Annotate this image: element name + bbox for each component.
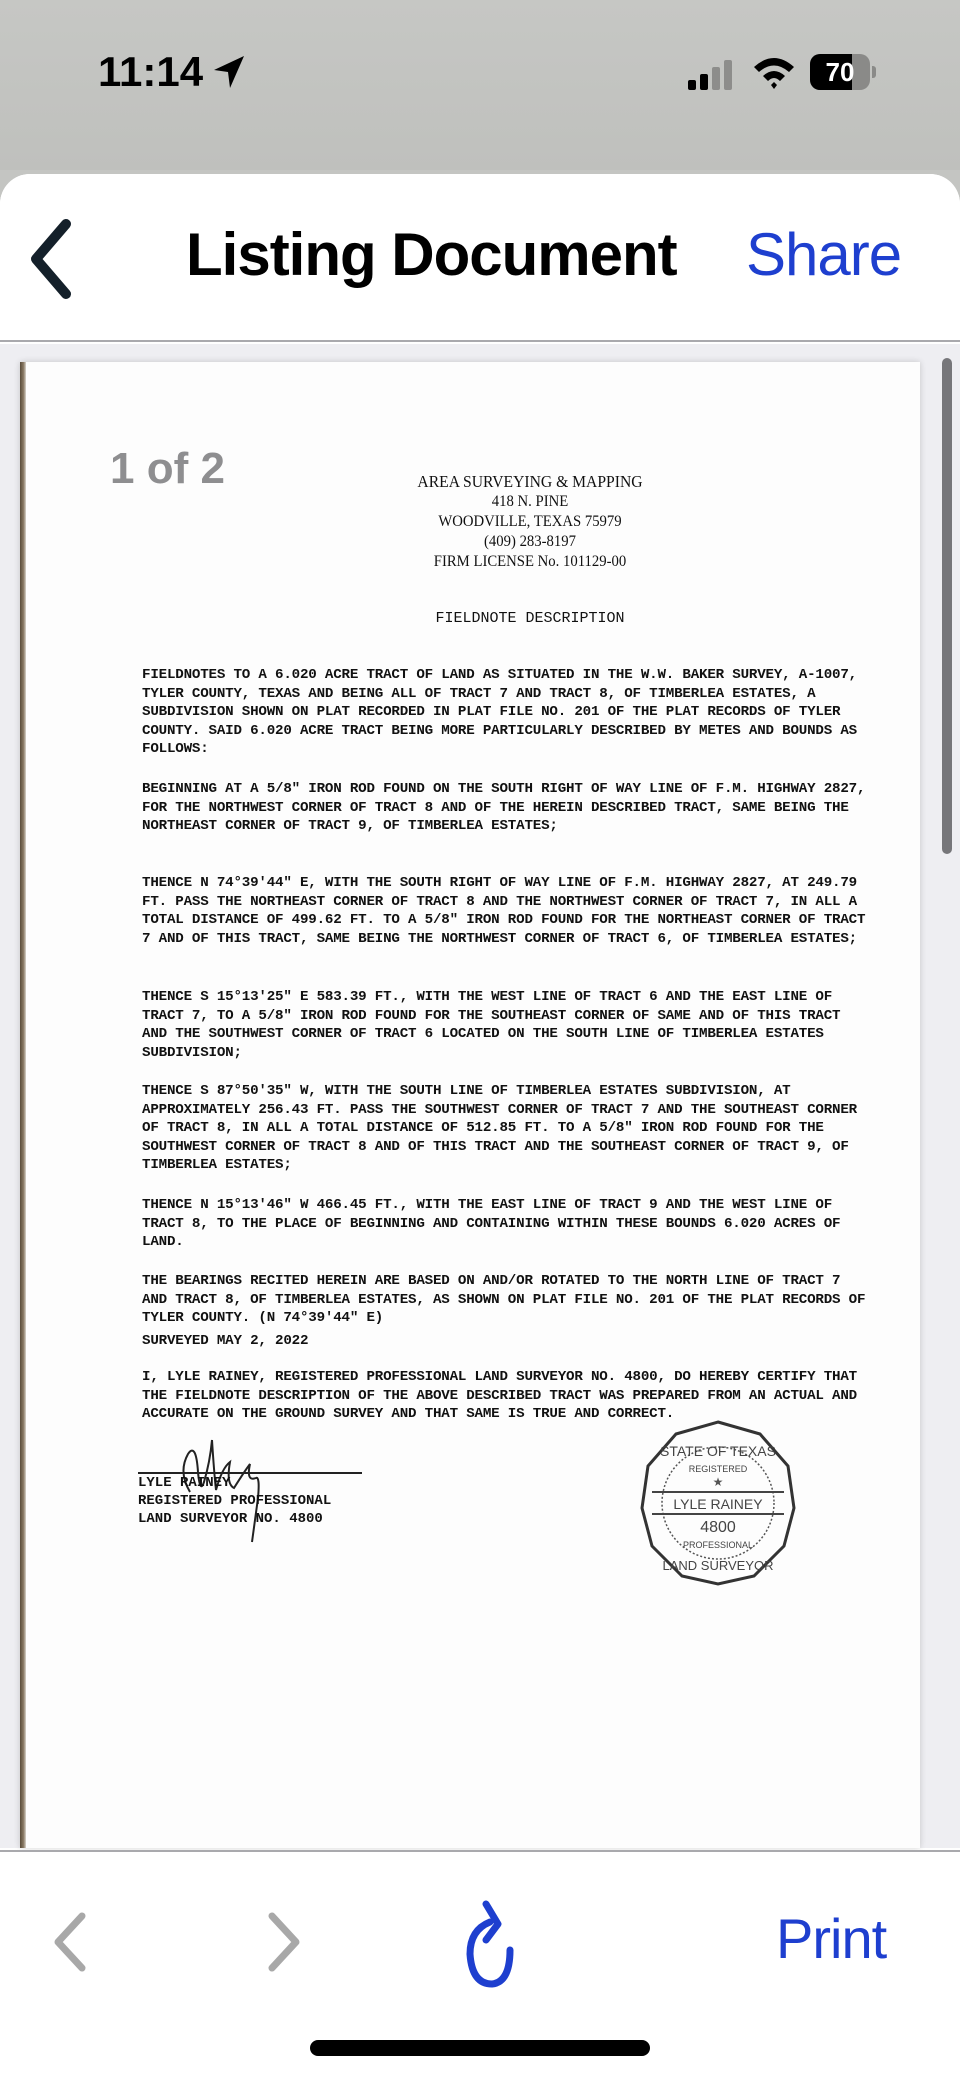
svg-text:REGISTERED: REGISTERED bbox=[689, 1464, 748, 1474]
paragraph-call-4: THENCE N 15°13'46" W 466.45 FT., WITH TH… bbox=[142, 1196, 872, 1252]
reload-icon bbox=[470, 1904, 510, 1984]
paragraph-call-3: THENCE S 87°50'35" W, WITH THE SOUTH LIN… bbox=[142, 1082, 872, 1175]
letterhead: AREA SURVEYING & MAPPING 418 N. PINE WOO… bbox=[337, 472, 723, 572]
signer-name: LYLE RAINEY bbox=[138, 1474, 398, 1492]
paragraph-certification: I, LYLE RAINEY, REGISTERED PROFESSIONAL … bbox=[142, 1368, 872, 1424]
svg-text:STATE OF TEXAS: STATE OF TEXAS bbox=[660, 1443, 776, 1459]
reload-button[interactable] bbox=[448, 1898, 538, 1994]
wifi-icon bbox=[752, 55, 796, 91]
letterhead-line: FIRM LICENSE No. 101129-00 bbox=[337, 552, 723, 572]
print-button[interactable]: Print bbox=[776, 1906, 886, 1971]
paragraph-beginning: BEGINNING AT A 5/8" IRON ROD FOUND ON TH… bbox=[142, 780, 872, 836]
cellular-signal-icon bbox=[688, 60, 738, 90]
paragraph-bearings: THE BEARINGS RECITED HEREIN ARE BASED ON… bbox=[142, 1272, 872, 1328]
document-page: 1 of 2 AREA SURVEYING & MAPPING 418 N. P… bbox=[20, 362, 920, 1848]
page-scan-edge bbox=[20, 362, 26, 1848]
next-page-button[interactable] bbox=[252, 1902, 312, 1982]
signer-title: REGISTERED PROFESSIONAL bbox=[138, 1492, 398, 1510]
document-viewer[interactable]: 1 of 2 AREA SURVEYING & MAPPING 418 N. P… bbox=[0, 344, 960, 1848]
svg-text:LYLE RAINEY: LYLE RAINEY bbox=[673, 1496, 763, 1512]
page-title: Listing Document bbox=[186, 220, 677, 289]
surveyor-seal-icon: STATE OF TEXAS REGISTERED ★ LYLE RAINEY … bbox=[638, 1418, 798, 1588]
page-counter: 1 of 2 bbox=[110, 444, 225, 494]
chevron-left-icon bbox=[58, 1916, 82, 1968]
previous-page-button[interactable] bbox=[42, 1902, 102, 1982]
signer-license: LAND SURVEYOR NO. 4800 bbox=[138, 1510, 398, 1528]
document-sheet: Listing Document Share 1 of 2 AREA SURVE… bbox=[0, 174, 960, 2079]
svg-text:4800: 4800 bbox=[700, 1519, 736, 1536]
share-button[interactable]: Share bbox=[746, 220, 901, 289]
letterhead-line: WOODVILLE, TEXAS 75979 bbox=[337, 512, 723, 532]
battery-percent: 70 bbox=[810, 54, 870, 90]
svg-text:PROFESSIONAL: PROFESSIONAL bbox=[683, 1540, 753, 1550]
status-bar: 11:14 70 bbox=[0, 0, 960, 170]
chevron-right-icon bbox=[272, 1916, 296, 1968]
svg-text:LAND SURVEYOR: LAND SURVEYOR bbox=[662, 1558, 773, 1573]
paragraph-call-2: THENCE S 15°13'25" E 583.39 FT., WITH TH… bbox=[142, 988, 872, 1062]
letterhead-line: AREA SURVEYING & MAPPING bbox=[337, 472, 723, 492]
chevron-left-icon bbox=[36, 224, 66, 294]
back-button[interactable] bbox=[20, 214, 84, 304]
svg-text:★: ★ bbox=[713, 1475, 724, 1489]
paragraph-call-1: THENCE N 74°39'44" E, WITH THE SOUTH RIG… bbox=[142, 874, 872, 948]
letterhead-line: (409) 283-8197 bbox=[337, 532, 723, 552]
paragraph-intro: FIELDNOTES TO A 6.020 ACRE TRACT OF LAND… bbox=[142, 666, 872, 759]
signature-block: LYLE RAINEY REGISTERED PROFESSIONAL LAND… bbox=[138, 1474, 398, 1528]
navigation-bar: Listing Document Share bbox=[0, 174, 960, 342]
status-time: 11:14 bbox=[98, 48, 203, 96]
home-indicator[interactable] bbox=[310, 2040, 650, 2056]
letterhead-line: 418 N. PINE bbox=[337, 492, 723, 512]
document-heading: FIELDNOTE DESCRIPTION bbox=[320, 610, 740, 627]
vertical-scrollbar[interactable] bbox=[942, 358, 952, 854]
battery-indicator: 70 bbox=[810, 54, 876, 90]
location-arrow-icon bbox=[210, 52, 250, 92]
survey-date: SURVEYED MAY 2, 2022 bbox=[142, 1332, 872, 1351]
